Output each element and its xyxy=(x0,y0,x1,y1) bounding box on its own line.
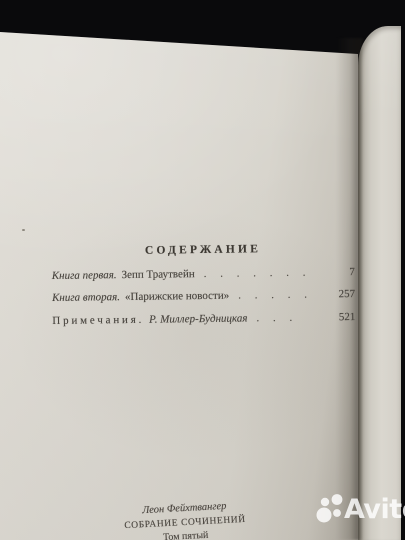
toc-row-label: Книга первая. xyxy=(52,269,117,282)
avito-logo-icon xyxy=(291,483,344,529)
toc-row-notes: Примечания.Р. Миллер-Будницкая. . . 521 xyxy=(52,311,355,327)
dot-leader: . . . . . . . xyxy=(204,267,307,280)
toc-row-book-one: Книга первая.Зепп Траутвейн. . . . . . .… xyxy=(52,266,355,282)
toc-page-number: 257 xyxy=(338,288,355,300)
toc-row-label: Примечания. xyxy=(52,314,144,327)
toc-page-number: 521 xyxy=(339,311,356,323)
toc-row-book-two: Книга вторая.«Парижские новости». . . . … xyxy=(52,288,355,304)
contents-heading: СОДЕРЖАНИЕ xyxy=(51,242,354,258)
toc-row-label: Книга вторая. xyxy=(52,291,120,304)
right-page xyxy=(358,26,401,540)
toc-row-title: Р. Миллер-Будницкая xyxy=(149,312,248,325)
avito-watermark: Avito xyxy=(291,483,405,531)
avito-brand-text: Avito xyxy=(344,496,405,523)
book-photo: СОДЕРЖАНИЕ Книга первая.Зепп Траутвейн. … xyxy=(0,0,405,540)
dust-speck xyxy=(22,229,25,231)
toc-row-title: Зепп Траутвейн xyxy=(121,268,194,281)
imprint-block: Леон Фейхтвангер СОБРАНИЕ СОЧИНЕНИЙ Том … xyxy=(117,500,253,540)
toc-page-number: 7 xyxy=(349,266,355,278)
dot-leader: . . . xyxy=(256,312,293,324)
table-of-contents: СОДЕРЖАНИЕ Книга первая.Зепп Траутвейн. … xyxy=(51,242,355,338)
dot-leader: . . . . . xyxy=(238,289,308,302)
toc-row-title: «Парижские новости» xyxy=(125,290,229,303)
